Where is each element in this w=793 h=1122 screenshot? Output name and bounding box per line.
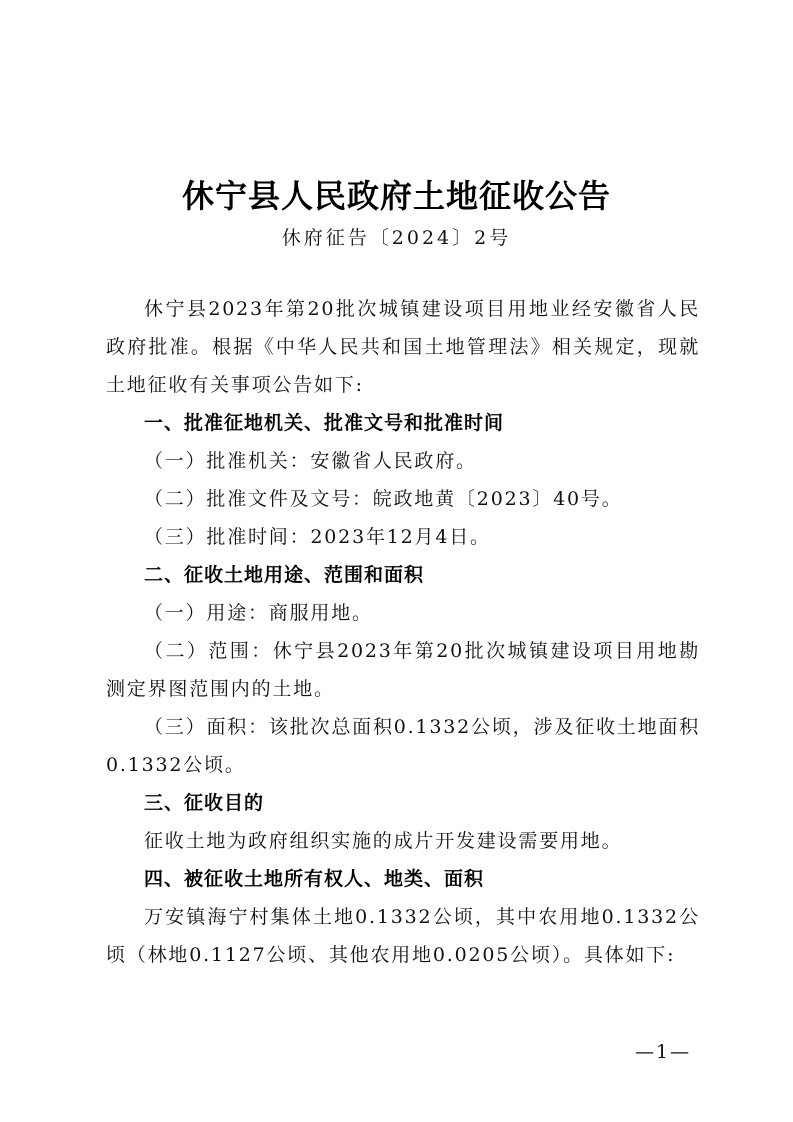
document-number: 休府征告〔2024〕2号 bbox=[0, 224, 793, 252]
section-4-item-1: 万安镇海宁村集体土地0.1332公顷，其中农用地0.1332公顷（林地0.112… bbox=[106, 898, 700, 974]
section-heading-4: 四、被征收土地所有权人、地类、面积 bbox=[106, 860, 700, 898]
section-2-item-3: （三）面积：该批次总面积0.1332公顷，涉及征收土地面积0.1332公顷。 bbox=[106, 708, 700, 784]
section-heading-1: 一、批准征地机关、批准文号和批准时间 bbox=[106, 404, 700, 442]
page-number: —1— bbox=[635, 1041, 691, 1063]
section-1-item-3: （三）批准时间：2023年12月4日。 bbox=[106, 518, 700, 556]
document-title: 休宁县人民政府土地征收公告 bbox=[0, 176, 793, 216]
section-heading-2: 二、征收土地用途、范围和面积 bbox=[106, 556, 700, 594]
section-1-item-2: （二）批准文件及文号：皖政地黄〔2023〕40号。 bbox=[106, 480, 700, 518]
section-1-item-1: （一）批准机关：安徽省人民政府。 bbox=[106, 442, 700, 480]
document-page: 休宁县人民政府土地征收公告 休府征告〔2024〕2号 休宁县2023年第20批次… bbox=[0, 0, 793, 1122]
section-heading-3: 三、征收目的 bbox=[106, 784, 700, 822]
section-3-item-1: 征收土地为政府组织实施的成片开发建设需要用地。 bbox=[106, 822, 700, 860]
section-2-item-1: （一）用途：商服用地。 bbox=[106, 594, 700, 632]
intro-paragraph: 休宁县2023年第20批次城镇建设项目用地业经安徽省人民政府批准。根据《中华人民… bbox=[106, 290, 700, 404]
document-body: 休宁县2023年第20批次城镇建设项目用地业经安徽省人民政府批准。根据《中华人民… bbox=[106, 290, 700, 974]
section-2-item-2: （二）范围：休宁县2023年第20批次城镇建设项目用地勘测定界图范围内的土地。 bbox=[106, 632, 700, 708]
